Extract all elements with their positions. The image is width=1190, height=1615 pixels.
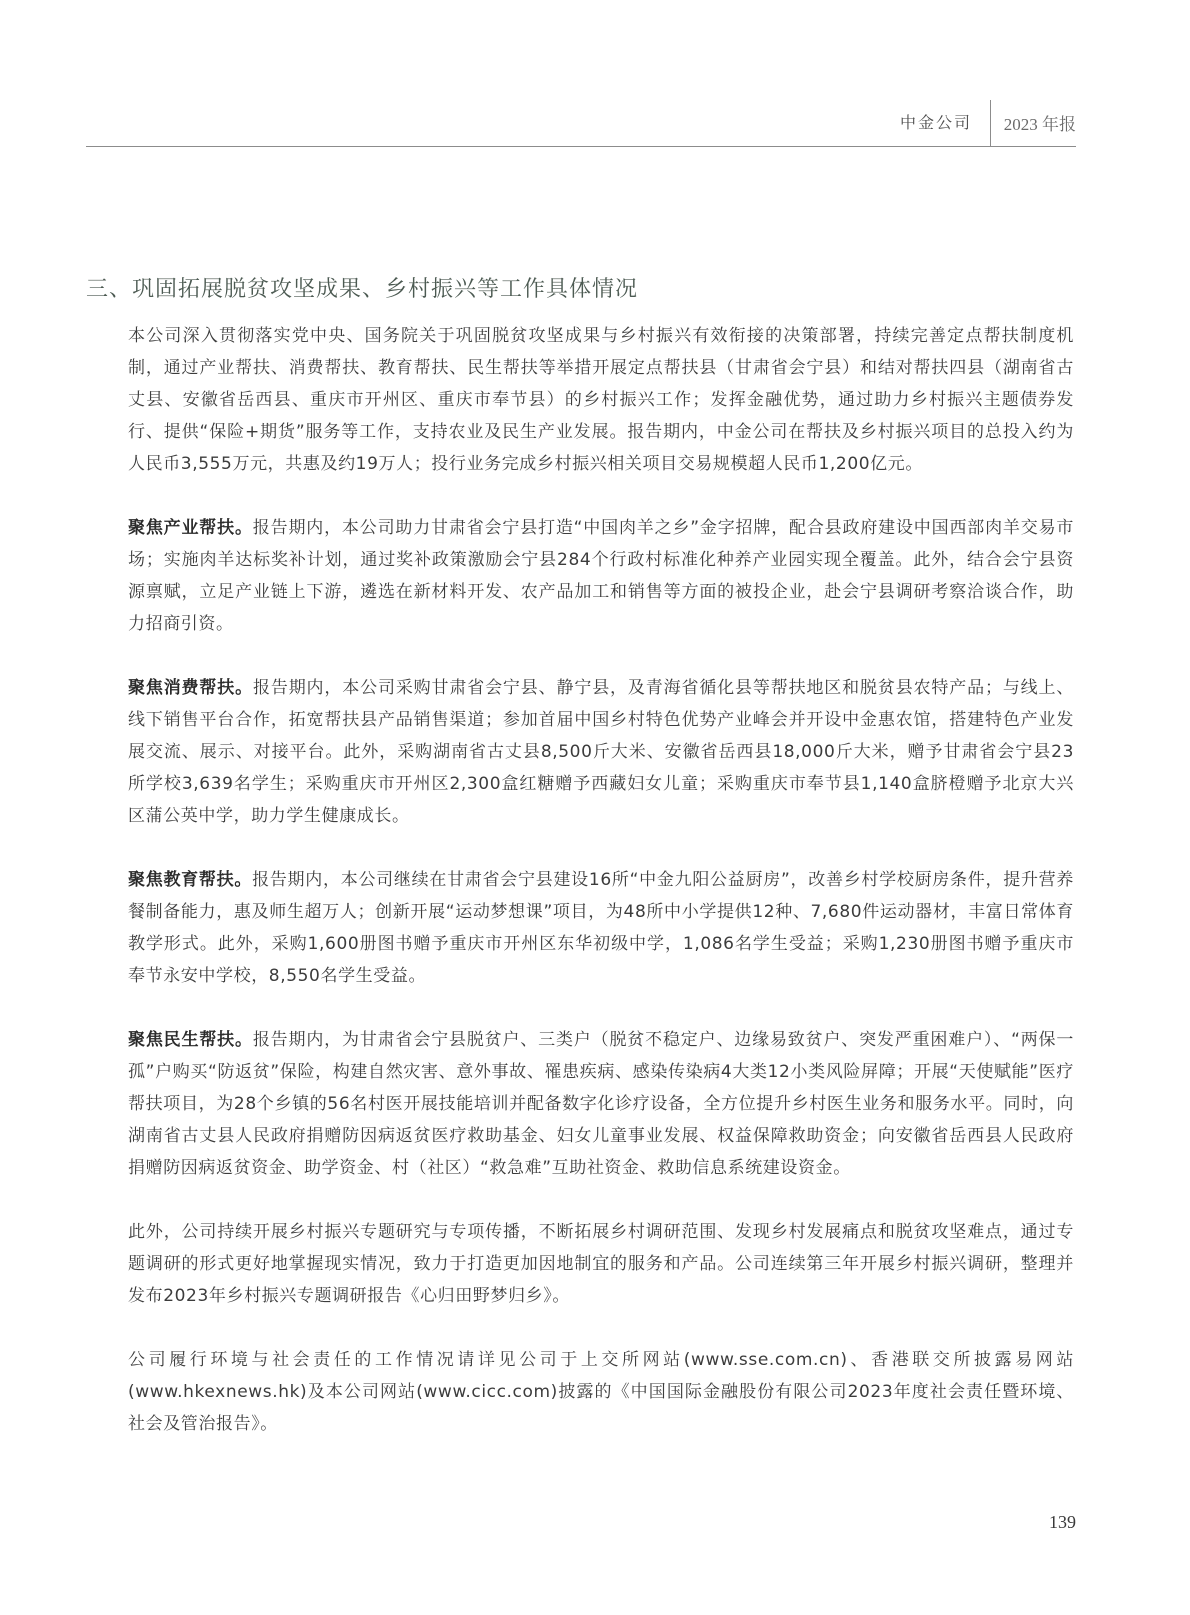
- consumption-support-paragraph: 聚焦消费帮扶。报告期内，本公司采购甘肃省会宁县、静宁县，及青海省循化县等帮扶地区…: [128, 672, 1074, 832]
- education-support-paragraph: 聚焦教育帮扶。报告期内，本公司继续在甘肃省会宁县建设16所“中金九阳公益厨房”，…: [128, 864, 1074, 992]
- header-report-title: 2023 年报: [1004, 110, 1076, 135]
- paragraph-lead: 聚焦产业帮扶。: [128, 518, 253, 538]
- paragraph-text: 公司履行环境与社会责任的工作情况请详见公司于上交所网站(www.sse.com.…: [128, 1350, 1074, 1434]
- paragraph-lead: 聚焦消费帮扶。: [128, 678, 253, 698]
- page-number: 139: [1049, 1512, 1076, 1533]
- paragraph-lead: 聚焦教育帮扶。: [128, 870, 252, 890]
- paragraph-text: 本公司深入贯彻落实党中央、国务院关于巩固脱贫攻坚成果与乡村振兴有效衔接的决策部署…: [128, 326, 1074, 474]
- section-title: 三、巩固拓展脱贫攻坚成果、乡村振兴等工作具体情况: [86, 272, 638, 303]
- paragraph-text: 报告期内，本公司继续在甘肃省会宁县建设16所“中金九阳公益厨房”，改善乡村学校厨…: [128, 870, 1074, 986]
- paragraph-lead: 聚焦民生帮扶。: [128, 1030, 253, 1050]
- industry-support-paragraph: 聚焦产业帮扶。报告期内，本公司助力甘肃省会宁县打造“中国肉羊之乡”金字招牌，配合…: [128, 512, 1074, 640]
- paragraph-text: 报告期内，本公司助力甘肃省会宁县打造“中国肉羊之乡”金字招牌，配合县政府建设中国…: [128, 518, 1074, 634]
- paragraph-text: 报告期内，为甘肃省会宁县脱贫户、三类户（脱贫不稳定户、边缘易致贫户、突发严重困难…: [128, 1030, 1074, 1178]
- paragraph-text: 报告期内，本公司采购甘肃省会宁县、静宁县，及青海省循化县等帮扶地区和脱贫县农特产…: [128, 678, 1074, 826]
- header-divider: [990, 100, 991, 147]
- research-paragraph: 此外，公司持续开展乡村振兴专题研究与专项传播，不断拓展乡村调研范围、发现乡村发展…: [128, 1216, 1074, 1312]
- body-content: 本公司深入贯彻落实党中央、国务院关于巩固脱贫攻坚成果与乡村振兴有效衔接的决策部署…: [128, 320, 1074, 1472]
- esg-reference-paragraph: 公司履行环境与社会责任的工作情况请详见公司于上交所网站(www.sse.com.…: [128, 1344, 1074, 1440]
- paragraph-text: 此外，公司持续开展乡村振兴专题研究与专项传播，不断拓展乡村调研范围、发现乡村发展…: [128, 1222, 1074, 1306]
- header-rule: [86, 146, 1076, 147]
- page-header: 中金公司 2023 年报: [86, 0, 1076, 147]
- livelihood-support-paragraph: 聚焦民生帮扶。报告期内，为甘肃省会宁县脱贫户、三类户（脱贫不稳定户、边缘易致贫户…: [128, 1024, 1074, 1184]
- intro-paragraph: 本公司深入贯彻落实党中央、国务院关于巩固脱贫攻坚成果与乡村振兴有效衔接的决策部署…: [128, 320, 1074, 480]
- header-company-name: 中金公司: [900, 110, 972, 133]
